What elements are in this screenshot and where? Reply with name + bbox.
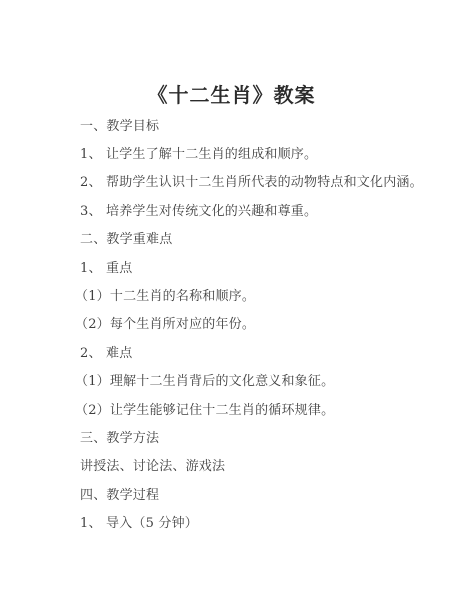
doc-line-section-heading: 三、教学方法 [80,422,443,450]
doc-line-sub-item: （1）理解十二生肖背后的文化意义和象征。 [75,366,443,394]
document-body: 一、教学目标 1、 让学生了解十二生肖的组成和顺序。 2、 帮助学生认识十二生肖… [80,110,443,536]
doc-line-section-heading: 四、教学过程 [80,479,443,507]
doc-line-sub-item: （2）让学生能够记住十二生肖的循环规律。 [75,394,443,422]
doc-line-sub-item: （2）每个生肖所对应的年份。 [75,309,443,337]
doc-line-numbered-item: 1、 重点 [80,252,443,280]
doc-line-numbered-item: 1、 导入（5 分钟） [80,507,443,535]
document-title: 《十二生肖》教案 [0,79,463,108]
doc-line-sub-item: （1）十二生肖的名称和顺序。 [75,280,443,308]
document-page: 《十二生肖》教案 一、教学目标 1、 让学生了解十二生肖的组成和顺序。 2、 帮… [0,0,463,600]
doc-line-paragraph: 讲授法、讨论法、游戏法 [80,451,443,479]
doc-line-numbered-item: 3、 培养学生对传统文化的兴趣和尊重。 [80,195,443,223]
doc-line-section-heading: 一、教学目标 [80,110,443,138]
doc-line-numbered-item: 1、 让学生了解十二生肖的组成和顺序。 [80,138,443,166]
doc-line-numbered-item: 2、 难点 [80,337,443,365]
doc-line-numbered-item: 2、 帮助学生认识十二生肖所代表的动物特点和文化内涵。 [80,167,443,195]
doc-line-section-heading: 二、教学重难点 [80,224,443,252]
